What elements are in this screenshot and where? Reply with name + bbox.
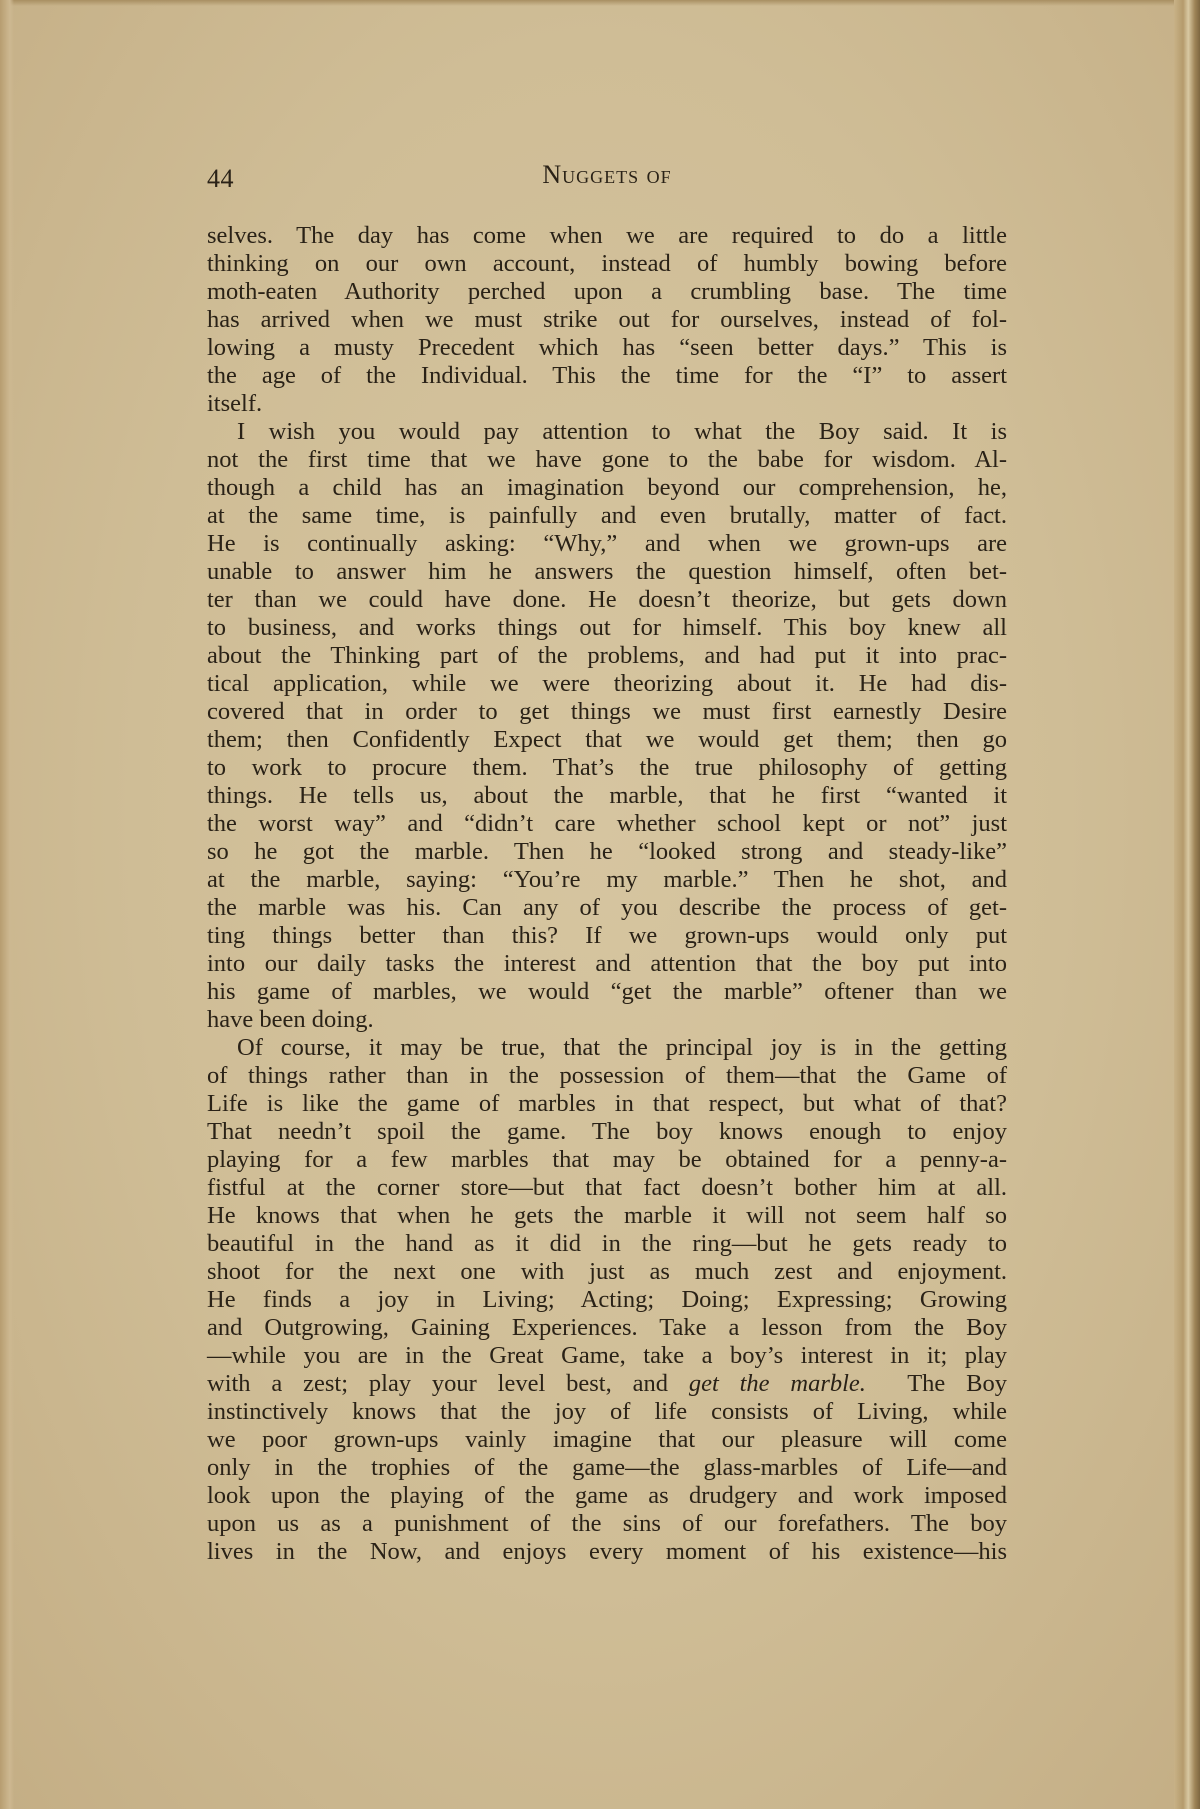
- text-line: Life is like the game of marbles in that…: [207, 1090, 1007, 1118]
- text-line: lowing a musty Precedent which has “seen…: [207, 334, 1007, 362]
- text-line: covered that in order to get things we m…: [207, 698, 1007, 726]
- page-top-edge: [0, 0, 1200, 6]
- text-line: to business, and works things out for hi…: [207, 614, 1007, 642]
- text-line: at the marble, saying: “You’re my marble…: [207, 866, 1007, 894]
- text-line: have been doing.: [207, 1006, 1007, 1034]
- text-line: we poor grown-ups vainly imagine that ou…: [207, 1426, 1007, 1454]
- page-gutter-edge: [0, 0, 14, 1809]
- text-line: That needn’t spoil the game. The boy kno…: [207, 1118, 1007, 1146]
- text-line: look upon the playing of the game as dru…: [207, 1482, 1007, 1510]
- text-line: beautiful in the hand as it did in the r…: [207, 1230, 1007, 1258]
- text-line: the marble was his. Can any of you descr…: [207, 894, 1007, 922]
- text-line: thinking on our own account, instead of …: [207, 250, 1007, 278]
- text-line: Of course, it may be true, that the prin…: [207, 1034, 1007, 1062]
- running-head: 44 Nuggets of: [207, 160, 1007, 196]
- text-line: He is continually asking: “Why,” and whe…: [207, 530, 1007, 558]
- text-line: He knows that when he gets the marble it…: [207, 1202, 1007, 1230]
- text-line: so he got the marble. Then he “looked st…: [207, 838, 1007, 866]
- text-line: unable to answer him he answers the ques…: [207, 558, 1007, 586]
- text-line: to work to procure them. That’s the true…: [207, 754, 1007, 782]
- text-line: moth-eaten Authority perched upon a crum…: [207, 278, 1007, 306]
- text-line: selves. The day has come when we are req…: [207, 222, 1007, 250]
- page-fore-edge: [1174, 0, 1200, 1809]
- text-line: the age of the Individual. This the time…: [207, 362, 1007, 390]
- text-segment: The Boy: [866, 1370, 1007, 1397]
- text-line: fistful at the corner store—but that fac…: [207, 1174, 1007, 1202]
- paragraph-1: selves. The day has come when we are req…: [207, 222, 1007, 418]
- text-line: ter than we could have done. He doesn’t …: [207, 586, 1007, 614]
- text-segment: with a zest; play your level best, and: [207, 1370, 689, 1397]
- text-line: shoot for the next one with just as much…: [207, 1258, 1007, 1286]
- text-line: at the same time, is painfully and even …: [207, 502, 1007, 530]
- text-line: He finds a joy in Living; Acting; Doing;…: [207, 1286, 1007, 1314]
- text-line: tical application, while we were theoriz…: [207, 670, 1007, 698]
- text-line: instinctively knows that the joy of life…: [207, 1398, 1007, 1426]
- text-line-with-italic: with a zest; play your level best, and g…: [207, 1370, 1007, 1398]
- text-line: the worst way” and “didn’t care whether …: [207, 810, 1007, 838]
- body-text: selves. The day has come when we are req…: [207, 222, 1007, 1566]
- text-line: lives in the Now, and enjoys every momen…: [207, 1538, 1007, 1566]
- text-line: about the Thinking part of the problems,…: [207, 642, 1007, 670]
- text-line: and Outgrowing, Gaining Experiences. Tak…: [207, 1314, 1007, 1342]
- text-line: upon us as a punishment of the sins of o…: [207, 1510, 1007, 1538]
- text-line: into our daily tasks the interest and at…: [207, 950, 1007, 978]
- text-line: them; then Confidently Expect that we wo…: [207, 726, 1007, 754]
- text-line: I wish you would pay attention to what t…: [207, 418, 1007, 446]
- paragraph-2: I wish you would pay attention to what t…: [207, 418, 1007, 1034]
- paragraph-3: Of course, it may be true, that the prin…: [207, 1034, 1007, 1566]
- text-line: —while you are in the Great Game, take a…: [207, 1342, 1007, 1370]
- text-line: only in the trophies of the game—the gla…: [207, 1454, 1007, 1482]
- book-page: 44 Nuggets of selves. The day has come w…: [0, 0, 1200, 1809]
- text-line: not the first time that we have gone to …: [207, 446, 1007, 474]
- text-line: has arrived when we must strike out for …: [207, 306, 1007, 334]
- running-title: Nuggets of: [207, 160, 1007, 190]
- text-line: though a child has an imagination beyond…: [207, 474, 1007, 502]
- italic-phrase: get the marble.: [689, 1370, 866, 1397]
- text-line: of things rather than in the possession …: [207, 1062, 1007, 1090]
- text-line: itself.: [207, 390, 1007, 418]
- text-line: playing for a few marbles that may be ob…: [207, 1146, 1007, 1174]
- text-line: things. He tells us, about the marble, t…: [207, 782, 1007, 810]
- text-line: ting things better than this? If we grow…: [207, 922, 1007, 950]
- text-line: his game of marbles, we would “get the m…: [207, 978, 1007, 1006]
